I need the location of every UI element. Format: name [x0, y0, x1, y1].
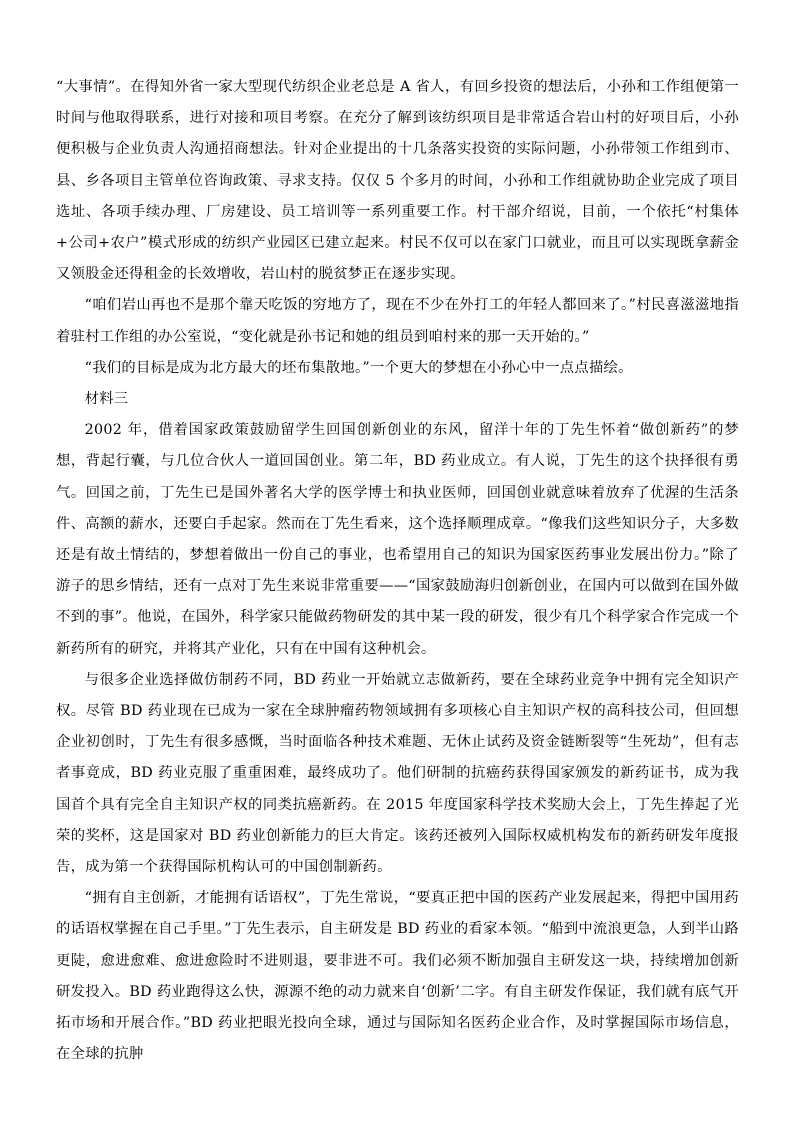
- paragraph-material-2-continuation: “大事情”。在得知外省一家大型现代纺织企业老总是 A 省人，有回乡投资的想法后，…: [56, 72, 739, 290]
- document-page: “大事情”。在得知外省一家大型现代纺织企业老总是 A 省人，有回乡投资的想法后，…: [0, 0, 794, 1122]
- paragraph-villager-quote: “咱们岩山再也不是那个靠天吃饭的穷地方了，现在不少在外打工的年轻人都回来了。”村…: [56, 290, 739, 352]
- paragraph-goal-quote: “我们的目标是成为北方最大的坯布集散地。”一个更大的梦想在小孙心中一点点描绘。: [56, 353, 739, 384]
- paragraph-material-3-3: “拥有自主创新，才能拥有话语权”，丁先生常说，“要真正把中国的医药产业发展起来，…: [56, 883, 739, 1070]
- page-text-content: “大事情”。在得知外省一家大型现代纺织企业老总是 A 省人，有回乡投资的想法后，…: [56, 72, 739, 1071]
- material-3-heading: 材料三: [56, 384, 739, 415]
- paragraph-material-3-1: 2002 年，借着国家政策鼓励留学生回国创新创业的东风，留洋十年的丁先生怀着“做…: [56, 415, 739, 665]
- paragraph-material-3-2: 与很多企业选择做仿制药不同，BD 药业一开始就立志做新药，要在全球药业竞争中拥有…: [56, 665, 739, 883]
